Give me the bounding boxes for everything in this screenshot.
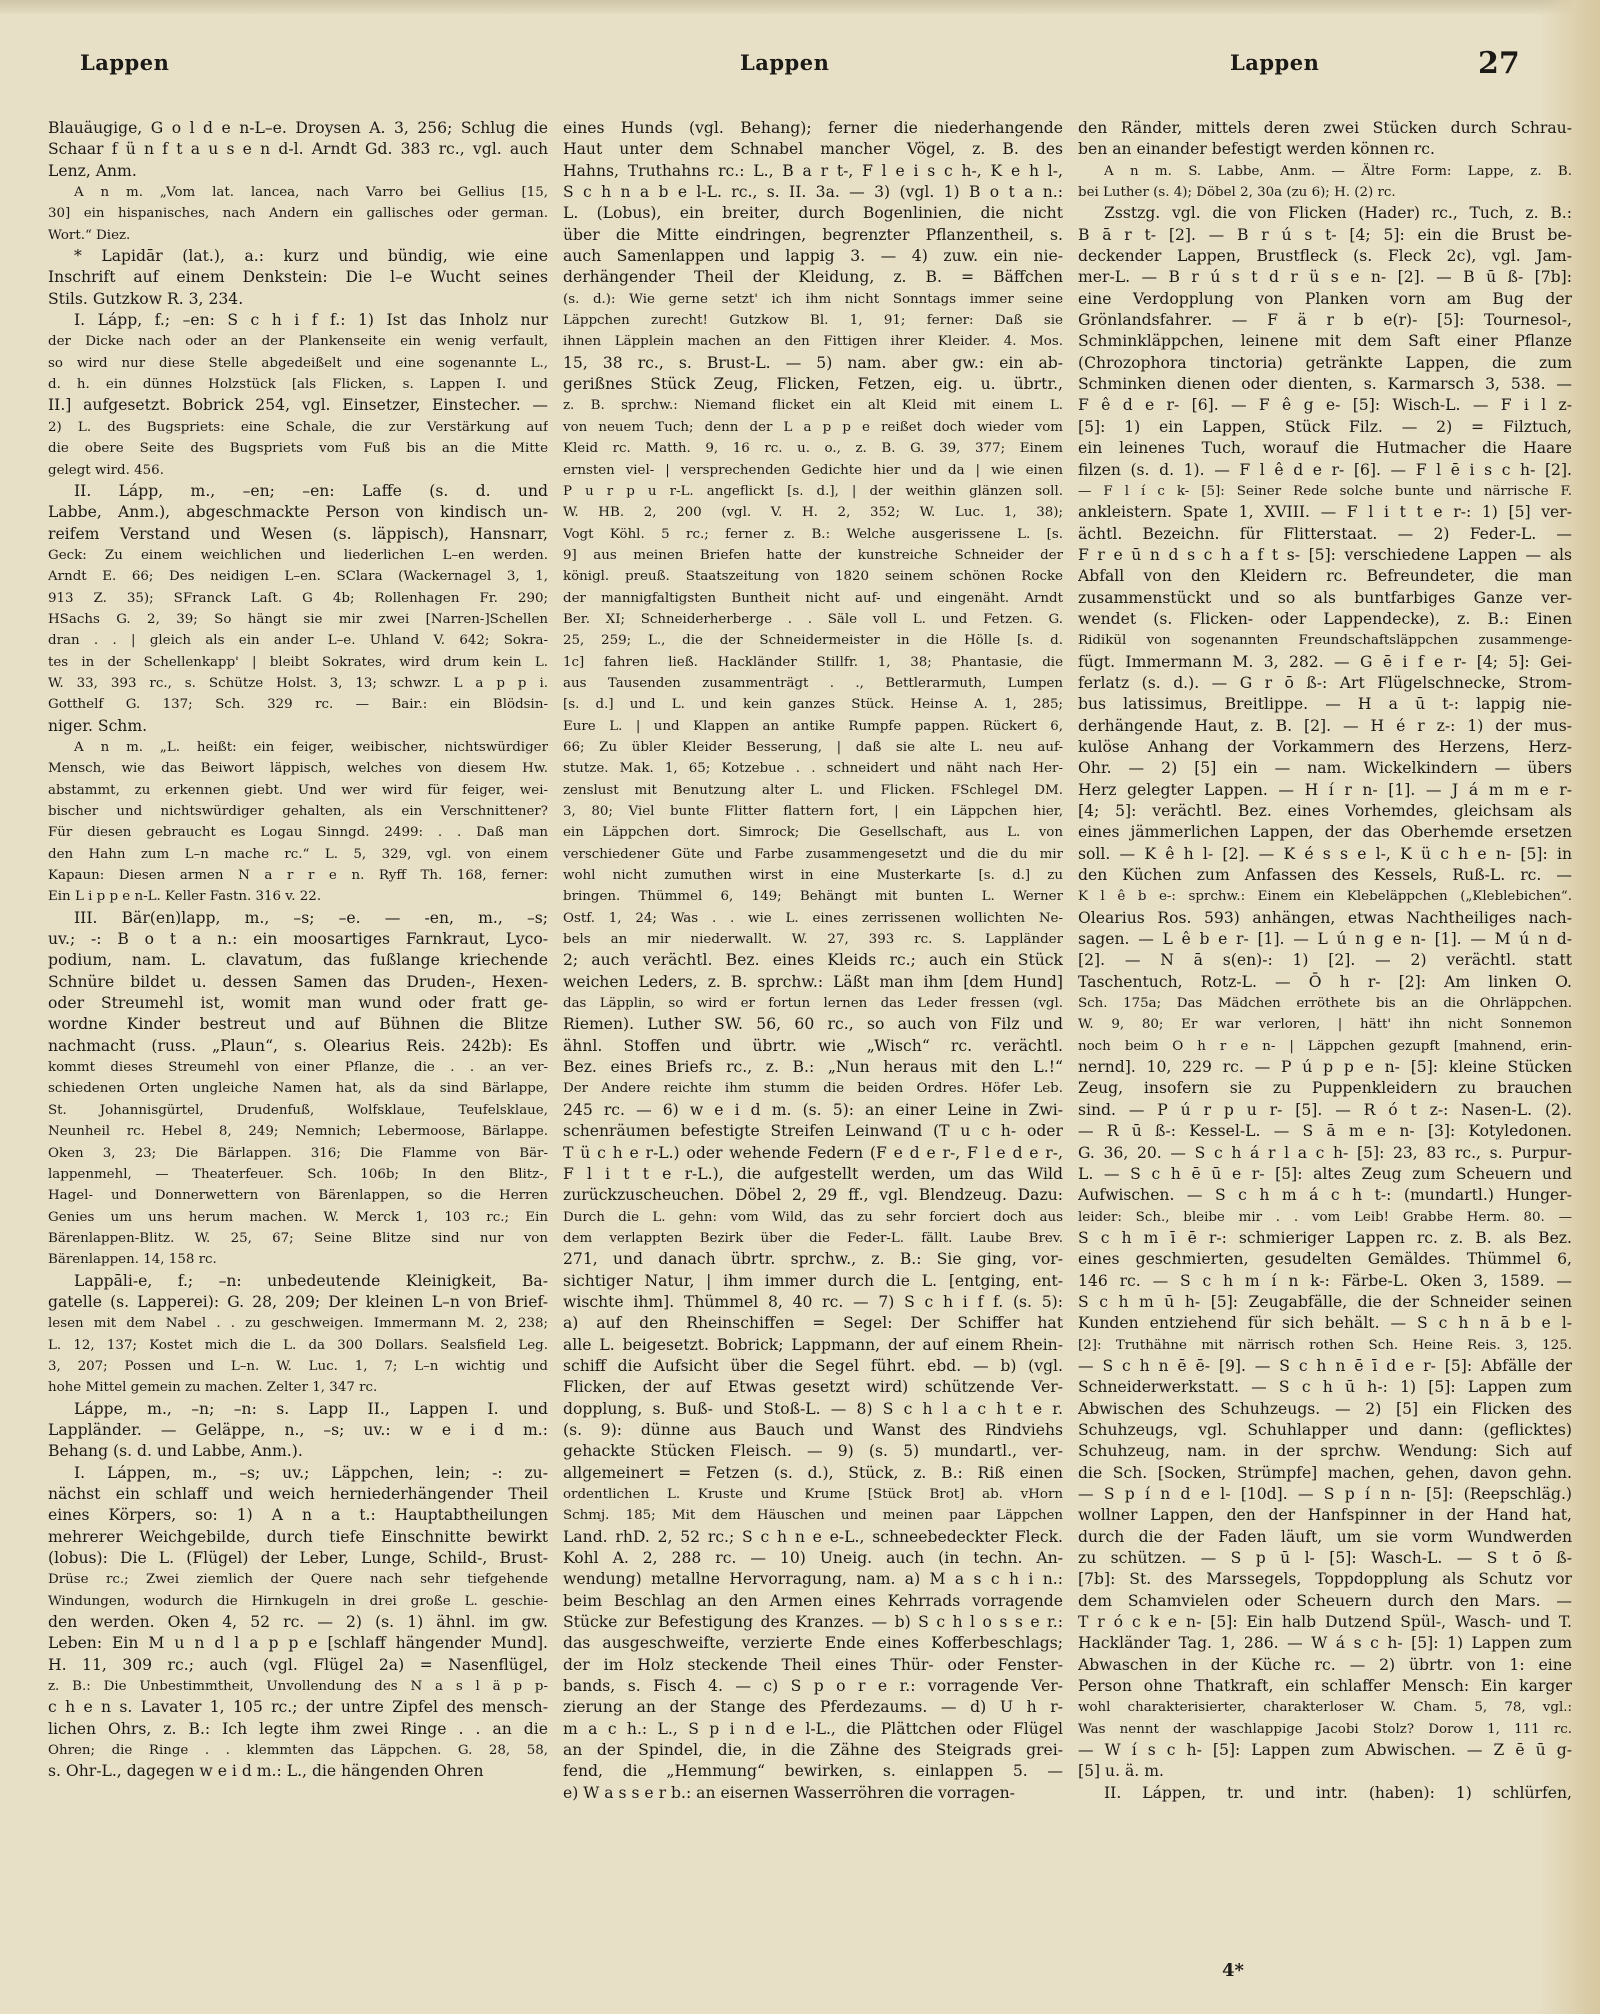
text-line: Láppe, m., –n; –n: s. Lapp II., Lappen I… <box>48 1399 548 1420</box>
text-line: Kleid rc. Matth. 9, 16 rc. u. o., z. B. … <box>563 438 1063 459</box>
text-line: leider: Sch., bleibe mir . . vom Leib! G… <box>1078 1207 1572 1228</box>
text-line: das Läpplin, so wird er fortun lernen da… <box>563 993 1063 1014</box>
text-line: derhängende Haut, z. B. [2]. — H é r z-:… <box>1078 716 1572 737</box>
text-line: mer-L. — B r ú s t d r ü s e n- [2]. — B… <box>1078 267 1572 288</box>
text-line: nachmacht (russ. „Plaun“, s. Olearius Re… <box>48 1036 548 1057</box>
text-line: den Ränder, mittels deren zwei Stücken d… <box>1078 118 1572 139</box>
text-line: Der Andere reichte ihm stumm die beiden … <box>563 1078 1063 1099</box>
text-line: — F l í c k- [5]: Seiner Rede solche bun… <box>1078 481 1572 502</box>
text-line: zenslust mit Benutzung alter L. und Flic… <box>563 780 1063 801</box>
text-line: e) W a s s e r b.: an eisernen Wasserröh… <box>563 1783 1063 1804</box>
text-line: wohl nicht zumuthen wirst in eine Muster… <box>563 865 1063 886</box>
text-line: nernd]. 10, 229 rc. — P ú p p e n- [5]: … <box>1078 1057 1572 1078</box>
text-line: 15, 38 rc., s. Brust-L. — 5) nam. aber g… <box>563 353 1063 374</box>
text-line: gelegt wird. 456. <box>48 460 548 481</box>
text-line: weichen Leders, z. B. sprchw.: Läßt man … <box>563 972 1063 993</box>
text-line: Vogt Köhl. 5 rc.; ferner z. B.: Welche a… <box>563 524 1063 545</box>
text-line: den Küchen zum Anfassen des Kessels, Ruß… <box>1078 865 1572 886</box>
text-line: dran . . | gleich als ein ander L–e. Uhl… <box>48 630 548 651</box>
text-line: der mannigfaltigsten Buntheit nicht auf-… <box>563 588 1063 609</box>
text-line: zierung an der Stange des Pferdezaums. —… <box>563 1697 1063 1718</box>
running-head-right: Lappen <box>1230 50 1319 75</box>
text-line: die obere Seite des Bugspriets vom Fuß b… <box>48 438 548 459</box>
text-line: Ber. XI; Schneiderherberge . . Säle voll… <box>563 609 1063 630</box>
text-line: a) auf den Rheinschiffen = Segel: Der Sc… <box>563 1313 1063 1334</box>
text-line: 245 rc. — 6) w e i d m. (s. 5): an einer… <box>563 1100 1063 1121</box>
text-line: der im Holz steckende Theil eines Thür- … <box>563 1655 1063 1676</box>
text-line: stutze. Mak. 1, 65; Kotzebue . . schneid… <box>563 758 1063 779</box>
text-line: L. — S c h ē ū e r- [5]: altes Zeug zum … <box>1078 1164 1572 1185</box>
text-line: Wort.“ Diez. <box>48 225 548 246</box>
text-line: Riemen). Luther SW. 56, 60 rc., so auch … <box>563 1014 1063 1035</box>
text-line: abstammt, zu erkennen giebt. Und wer wir… <box>48 780 548 801</box>
running-head-center: Lappen <box>740 50 829 75</box>
text-line: m a c h.: L., S p i n d e l-L., die Plät… <box>563 1719 1063 1740</box>
text-line: oder Streumehl ist, womit man wund oder … <box>48 993 548 1014</box>
text-line: — W í s c h- [5]: Lappen zum Abwischen. … <box>1078 1740 1572 1761</box>
text-line: das ausgeschweifte, verzierte Ende eines… <box>563 1633 1063 1654</box>
text-line: Abwaschen in der Küche rc. — 2) übrtr. v… <box>1078 1655 1572 1676</box>
text-line: Mensch, wie das Beiwort läppisch, welche… <box>48 758 548 779</box>
text-line: eines geschmierten, gesudelten Gemäldes.… <box>1078 1249 1572 1270</box>
text-line: [2]. — N ā s(en)-: 1) [2]. — 2) verächtl… <box>1078 950 1572 971</box>
text-line: wischte ihm]. Thümmel 8, 40 rc. — 7) S c… <box>563 1292 1063 1313</box>
text-line: Taschentuch, Rotz-L. — Ō h r- [2]: Am li… <box>1078 972 1572 993</box>
text-line: S c h m ī ē r-: schmieriger Lappen rc. z… <box>1078 1228 1572 1249</box>
text-line: St. Johannisgürtel, Drudenfuß, Wolfsklau… <box>48 1100 548 1121</box>
text-line: H. 11, 309 rc.; auch (vgl. Flügel 2a) = … <box>48 1655 548 1676</box>
text-line: königl. preuß. Staatszeitung von 1820 se… <box>563 566 1063 587</box>
text-line: Ostf. 1, 24; Was . . wie L. eines zerris… <box>563 908 1063 929</box>
text-line: I. Láppen, m., –s; uv.; Läppchen, lein; … <box>48 1463 548 1484</box>
text-line: ein leinenes Tuch, worauf die Hutmacher … <box>1078 438 1572 459</box>
text-line: fügt. Immermann M. 3, 282. — G ē i f e r… <box>1078 652 1572 673</box>
text-line: — S c h n ē ē- [9]. — S c h n ē ī d e r-… <box>1078 1356 1572 1377</box>
text-line: S c h n a b e l-L. rc., s. II. 3a. — 3) … <box>563 182 1063 203</box>
text-line: [2]: Truthähne mit närrisch rothen Sch. … <box>1078 1335 1572 1356</box>
text-line: Sch. 175a; Das Mädchen erröthete bis an … <box>1078 993 1572 1014</box>
text-line: [7b]: St. des Marssegels, Toppdopplung a… <box>1078 1569 1572 1590</box>
text-line: Leben: Ein M u n d l a p p e [schlaff hä… <box>48 1633 548 1654</box>
text-line: ein Läppchen dort. Simrock; Die Gesellsc… <box>563 822 1063 843</box>
text-line: Haut unter dem Schnabel mancher Vögel, z… <box>563 139 1063 160</box>
text-line: ächtl. Bezeichn. für Flitterstaat. — 2) … <box>1078 524 1572 545</box>
text-line: bischer und nichtswürdiger gehalten, als… <box>48 801 548 822</box>
text-line: Läppchen zurecht! Gutzkow Bl. 1, 91; fer… <box>563 310 1063 331</box>
text-line: den werden. Oken 4, 52 rc. — 2) (s. 1) ä… <box>48 1612 548 1633</box>
text-line: 66; Zu übler Kleider Besserung, | daß si… <box>563 737 1063 758</box>
text-line: bels an mir niederwallt. W. 27, 393 rc. … <box>563 929 1063 950</box>
text-line: Schminken dienen oder dienten, s. Karmar… <box>1078 374 1572 395</box>
text-line: Ridikül von sogenannten Freundschaftsläp… <box>1078 630 1572 651</box>
page-top-edge <box>0 0 1600 14</box>
text-line: K l ê b e-: sprchw.: Einem ein Klebeläpp… <box>1078 886 1572 907</box>
text-column-3: den Ränder, mittels deren zwei Stücken d… <box>1078 118 1572 1804</box>
text-line: P u r p u r-L. angeflickt [s. d.], | der… <box>563 481 1063 502</box>
text-line: tes in der Schellenkapp' | bleibt Sokrat… <box>48 652 548 673</box>
text-line: Drüse rc.; Zwei ziemlich der Quere nach … <box>48 1569 548 1590</box>
text-line: den Hahn zum L–n mache rc.“ L. 5, 329, v… <box>48 844 548 865</box>
text-line: 271, und danach übrtr. sprchw., z. B.: S… <box>563 1249 1063 1270</box>
text-line: kulöse Anhang der Vorkammern des Herzens… <box>1078 737 1572 758</box>
text-line: 146 rc. — S c h m í n k-: Färbe-L. Oken … <box>1078 1271 1572 1292</box>
text-line: noch beim O h r e n- | Läppchen gezupft … <box>1078 1036 1572 1057</box>
text-line: Bärenlappen-Blitz. W. 25, 67; Seine Blit… <box>48 1228 548 1249</box>
text-line: S c h m ū h- [5]: Zeugabfälle, die der S… <box>1078 1292 1572 1313</box>
text-line: lappenmehl, — Theaterfeuer. Sch. 106b; I… <box>48 1164 548 1185</box>
text-line: dem Schamvielen oder Scheuern durch den … <box>1078 1591 1572 1612</box>
text-line: zusammenstückt und so als buntfarbiges G… <box>1078 588 1572 609</box>
text-line: derhängender Theil der Kleidung, z. B. =… <box>563 267 1063 288</box>
text-line: Arndt E. 66; Des neidigen L–en. SClara (… <box>48 566 548 587</box>
text-line: Stils. Gutzkow R. 3, 234. <box>48 289 548 310</box>
text-line: II. Láppen, tr. und intr. (haben): 1) sc… <box>1078 1783 1572 1804</box>
text-line: W. HB. 2, 200 (vgl. V. H. 2, 352; W. Luc… <box>563 502 1063 523</box>
text-line: Neunheil rc. Hebel 8, 249; Nemnich; Lebe… <box>48 1121 548 1142</box>
text-line: Kapaun: Diesen armen N a r r e n. Ryff T… <box>48 865 548 886</box>
text-column-2: eines Hunds (vgl. Behang); ferner die ni… <box>563 118 1063 1804</box>
text-line: Schnüre bildet u. dessen Samen das Drude… <box>48 972 548 993</box>
text-line: eines Hunds (vgl. Behang); ferner die ni… <box>563 118 1063 139</box>
text-line: [5]: 1) ein Lappen, Stück Filz. — 2) = F… <box>1078 417 1572 438</box>
text-line: Genies um uns herum machen. W. Merck 1, … <box>48 1207 548 1228</box>
text-line: Durch die L. gehn: vom Wild, das zu sehr… <box>563 1207 1063 1228</box>
text-line: T ü c h e r-L.) oder wehende Federn (F e… <box>563 1143 1063 1164</box>
text-line: niger. Schm. <box>48 716 548 737</box>
text-line: [s. d.] und L. und kein ganzes Stück. He… <box>563 694 1063 715</box>
text-line: ähnl. Stoffen und übrtr. wie „Wisch“ rc.… <box>563 1036 1063 1057</box>
text-line: Ohren; die Ringe . . klemmten das Läppch… <box>48 1740 548 1761</box>
text-line: verschiedener Güte und Farbe zusammenges… <box>563 844 1063 865</box>
text-line: Gotthelf G. 137; Sch. 329 rc. — Bair.: e… <box>48 694 548 715</box>
text-line: Lenz, Anm. <box>48 161 548 182</box>
text-line: 2; auch verächtl. Bez. eines Kleids rc.;… <box>563 950 1063 971</box>
text-line: wendung) metallne Hervorragung, nam. a) … <box>563 1569 1063 1590</box>
text-line: Schminkläppchen, leinene mit dem Saft ei… <box>1078 331 1572 352</box>
text-column-1: Blauäugige, G o l d e n-L–e. Droysen A. … <box>48 118 548 1783</box>
text-line: — S p í n d e l- [10d]. — S p í n n- [5]… <box>1078 1484 1572 1505</box>
text-line: sagen. — L ê b e r- [1]. — L ú n g e n- … <box>1078 929 1572 950</box>
text-line: lichen Ohrs, z. B.: Ich legte ihm zwei R… <box>48 1719 548 1740</box>
text-line: eines Körpers, so: 1) A n a t.: Hauptabt… <box>48 1505 548 1526</box>
text-line: Eure L. | und Klappen an antike Rumpfe p… <box>563 716 1063 737</box>
text-line: wordne Kinder bestreut und auf Bühnen di… <box>48 1014 548 1035</box>
text-line: A n m. „L. heißt: ein feiger, weibischer… <box>48 737 548 758</box>
text-line: Schuhzeug, nam. in der sprchw. Wendung: … <box>1078 1441 1572 1462</box>
text-line: gerißnes Stück Zeug, Flicken, Fetzen, ei… <box>563 374 1063 395</box>
text-line: Herz gelegter Lappen. — H í r n- [1]. — … <box>1078 780 1572 801</box>
text-line: an der Spindel, die, in die Zähne des St… <box>563 1740 1063 1761</box>
text-line: Behang (s. d. und Labbe, Anm.). <box>48 1441 548 1462</box>
text-line: reifem Verstand und Wesen (s. läppisch),… <box>48 524 548 545</box>
text-line: T r ó c k e n- [5]: Ein halb Dutzend Spü… <box>1078 1612 1572 1633</box>
text-line: Ohr. — 2) [5] ein — nam. Wickelkindern —… <box>1078 758 1572 779</box>
page-number: 27 <box>1478 46 1520 81</box>
signature-mark: 4* <box>1222 1960 1244 1981</box>
text-line: schiedenen Orten ungleiche Namen hat, al… <box>48 1078 548 1099</box>
text-line: 3, 80; Viel bunte Flitter flattern fort,… <box>563 801 1063 822</box>
text-line: zu schützen. — S p ū l- [5]: Wasch-L. — … <box>1078 1548 1572 1569</box>
text-line: Geck: Zu einem weichlichen und liederlic… <box>48 545 548 566</box>
text-line: [4; 5]: verächtl. Bez. eines Vorhemdes, … <box>1078 801 1572 822</box>
text-line: Oken 3, 23; Die Bärlappen. 316; Die Flam… <box>48 1143 548 1164</box>
text-line: * Lapidār (lat.), a.: kurz und bündig, w… <box>48 246 548 267</box>
text-line: (Chrozophora tinctoria) getränkte Lappen… <box>1078 353 1572 374</box>
text-line: Abwischen des Schuhzeugs. — 2) [5] ein F… <box>1078 1399 1572 1420</box>
text-line: eine Verdopplung von Planken vorn am Bug… <box>1078 289 1572 310</box>
text-line: nächst ein schlaff und weich herniederhä… <box>48 1484 548 1505</box>
text-line: hohe Mittel gemein zu machen. Zelter 1, … <box>48 1377 548 1398</box>
text-line: Zsstzg. vgl. die von Flicken (Hader) rc.… <box>1078 203 1572 224</box>
text-line: wendet (s. Flicken- oder Lappendecke), z… <box>1078 609 1572 630</box>
text-line: wollner Lappen, den der Hanfspinner in d… <box>1078 1505 1572 1526</box>
text-line: allgemeinert = Fetzen (s. d.), Stück, z.… <box>563 1463 1063 1484</box>
text-line: Schuhzeugs, vgl. Schuhlapper und dann: (… <box>1078 1420 1572 1441</box>
text-line: Hagel- und Donnerwettern von Bärenlappen… <box>48 1185 548 1206</box>
text-line: Bez. eines Briefs rc., z. B.: „Nun herau… <box>563 1057 1063 1078</box>
text-line: L. (Lobus), ein breiter, durch Bogenlini… <box>563 203 1063 224</box>
text-line: die Sch. [Socken, Strümpfe] machen, gehe… <box>1078 1463 1572 1484</box>
text-line: zurückzuscheuchen. Döbel 2, 29 ff., vgl.… <box>563 1185 1063 1206</box>
text-line: wohl charakterisierter, charakterloser W… <box>1078 1697 1572 1718</box>
text-line: Schaar f ü n f t a u s e n d-l. Arndt Gd… <box>48 139 548 160</box>
text-line: Bärenlappen. 14, 158 rc. <box>48 1249 548 1270</box>
text-line: auch Samenlappen und lappig 3. — 4) zuw.… <box>563 246 1063 267</box>
text-line: L. 12, 137; Kostet mich die L. da 300 Do… <box>48 1335 548 1356</box>
text-line: Schneiderwerkstatt. — S c h ū h-: 1) [5]… <box>1078 1377 1572 1398</box>
text-line: Windungen, wodurch die Hirnkugeln in dre… <box>48 1591 548 1612</box>
text-line: 1c] fahren ließ. Hackländer Stillfr. 1, … <box>563 652 1063 673</box>
text-line: Abfall von den Kleidern rc. Befreundeter… <box>1078 566 1572 587</box>
text-line: Lappāli-e, f.; –n: unbedeutende Kleinigk… <box>48 1271 548 1292</box>
text-line: gehackte Stücken Fleisch. — 9) (s. 5) mu… <box>563 1441 1063 1462</box>
text-line: schiff die Aufsicht über die Segel führt… <box>563 1356 1063 1377</box>
text-line: ordentlichen L. Kruste und Krume [Stück … <box>563 1484 1063 1505</box>
text-line: deckender Lappen, Brustfleck (s. Fleck 2… <box>1078 246 1572 267</box>
text-line: ihnen Läpplein machen an den Fittigen ih… <box>563 331 1063 352</box>
text-line: III. Bär(en)lapp, m., –s; –e. — -en, m.,… <box>48 908 548 929</box>
text-line: Olearius Ros. 593) anhängen, etwas Nacht… <box>1078 908 1572 929</box>
text-line: aus Tausenden zusammenträgt . ., Bettler… <box>563 673 1063 694</box>
text-line: so wird nur diese Stelle abgedeißelt und… <box>48 353 548 374</box>
text-line: Inschrift auf einem Denkstein: Die l–e W… <box>48 267 548 288</box>
text-line: fend, die „Hemmung“ bewirken, s. einlapp… <box>563 1761 1063 1782</box>
text-line: dopplung, s. Buß- und Stoß-L. — 8) S c h… <box>563 1399 1063 1420</box>
running-header: Lappen Lappen Lappen 27 <box>0 44 1600 84</box>
text-line: Schmj. 185; Mit dem Häuschen und meinen … <box>563 1505 1063 1526</box>
text-line: 913 Z. 35); SFranck Laſt. G 4b; Rollenha… <box>48 588 548 609</box>
text-line: über die Mitte eindringen, begrenzter Pf… <box>563 225 1063 246</box>
text-line: 2) L. des Bugspriets: eine Schale, die z… <box>48 417 548 438</box>
text-line: filzen (s. d. 1). — F l ê d e r- [6]. — … <box>1078 460 1572 481</box>
text-line: kommt dieses Streumehl von einer Pflanze… <box>48 1057 548 1078</box>
text-line: ferlatz (s. d.). — G r ō ß-: Art Flügels… <box>1078 673 1572 694</box>
text-line: 3, 207; Possen und L–n. W. Luc. 1, 7; L–… <box>48 1356 548 1377</box>
text-line: dem verlappten Bezirk über die Feder-L. … <box>563 1228 1063 1249</box>
text-line: von neuem Tuch; denn der L a p p e reiße… <box>563 417 1063 438</box>
text-line: Person ohne Thatkraft, ein schlaffer Men… <box>1078 1676 1572 1697</box>
text-line: Für diesen gebraucht es Logau Sinngd. 24… <box>48 822 548 843</box>
text-line: (lobus): Die L. (Flügel) der Leber, Lung… <box>48 1548 548 1569</box>
text-line: Lappländer. — Geläppe, n., –s; uv.: w e … <box>48 1420 548 1441</box>
text-line: z. B. sprchw.: Niemand flicket ein alt K… <box>563 395 1063 416</box>
text-line: W. 9, 80; Er war verloren, | hätt' ihn n… <box>1078 1014 1572 1035</box>
text-line: ernsten viel- | versprechenden Gedichte … <box>563 460 1063 481</box>
text-line: podium, nam. L. clavatum, das fußlange k… <box>48 950 548 971</box>
text-line: Ein L i p p e n-L. Keller Fastn. 316 v. … <box>48 886 548 907</box>
text-line: uv.; -: B o t a n.: ein moosartiges Farn… <box>48 929 548 950</box>
text-line: Kohl A. 2, 288 rc. — 10) Uneig. auch (in… <box>563 1548 1063 1569</box>
text-line: II. Lápp, m., –en; –en: Laffe (s. d. und <box>48 481 548 502</box>
text-line: Flicken, der auf Etwas gesetzt wird) sch… <box>563 1377 1063 1398</box>
text-line: F ê d e r- [6]. — F ê g e- [5]: Wisch-L.… <box>1078 395 1572 416</box>
text-line: W. 33, 393 rc., s. Schütze Holst. 3, 13;… <box>48 673 548 694</box>
text-line: (s. 9): dünne aus Bauch und Wanst des Ri… <box>563 1420 1063 1441</box>
text-line: bringen. Thümmel 6, 149; Behängt mit bun… <box>563 886 1063 907</box>
text-line: Land. rhD. 2, 52 rc.; S c h n e e-L., sc… <box>563 1527 1063 1548</box>
text-line: bands, s. Fisch 4. — c) S p o r e r.: vo… <box>563 1676 1063 1697</box>
running-head-left: Lappen <box>80 50 169 75</box>
text-line: 30] ein hispanisches, nach Andern ein ga… <box>48 203 548 224</box>
text-line: Stücke zur Befestigung des Kranzes. — b)… <box>563 1612 1063 1633</box>
text-line: bei Luther (s. 4); Döbel 2, 30a (zu 6); … <box>1078 182 1572 203</box>
text-line: Was nennt der waschlappige Jacobi Stolz?… <box>1078 1719 1572 1740</box>
text-line: ankleistern. Spate 1, XVIII. — F l i t t… <box>1078 502 1572 523</box>
text-line: Aufwischen. — S c h m á c h t-: (mundart… <box>1078 1185 1572 1206</box>
text-line: — R ū ß-: Kessel-L. — S ā m e n- [3]: Ko… <box>1078 1121 1572 1142</box>
text-line: c h e n s. Lavater 1, 105 rc.; der untre… <box>48 1697 548 1718</box>
text-line: A n m. S. Labbe, Anm. — Ältre Form: Lapp… <box>1078 161 1572 182</box>
text-line: Blauäugige, G o l d e n-L–e. Droysen A. … <box>48 118 548 139</box>
text-line: [5] u. ä. m. <box>1078 1761 1572 1782</box>
text-line: mehrerer Weichgebilde, durch tiefe Einsc… <box>48 1527 548 1548</box>
text-line: Hahns, Truthahns rc.: L., B a r t-, F l … <box>563 161 1063 182</box>
text-line: eines jämmerlichen Lappen, der das Oberh… <box>1078 822 1572 843</box>
text-line: schenräumen befestigte Streifen Leinwand… <box>563 1121 1063 1142</box>
text-line: s. Ohr-L., dagegen w e i d m.: L., die h… <box>48 1761 548 1782</box>
text-line: F r e ū n d s c h a f t s- [5]: verschie… <box>1078 545 1572 566</box>
text-line: d. h. ein dünnes Holzstück [als Flicken,… <box>48 374 548 395</box>
text-line: 25, 259; L., die der Schneidermeister in… <box>563 630 1063 651</box>
text-line: Kunden entziehend für sich behält. — S c… <box>1078 1313 1572 1334</box>
text-line: lesen mit dem Nabel . . zu geschweigen. … <box>48 1313 548 1334</box>
text-line: sind. — P ú r p u r- [5]. — R ó t z-: Na… <box>1078 1100 1572 1121</box>
text-line: Grönlandsfahrer. — F ä r b e(r)- [5]: To… <box>1078 310 1572 331</box>
text-line: Labbe, Anm.), abgeschmackte Person von k… <box>48 502 548 523</box>
text-line: Zeug, insofern sie zu Puppenkleidern zu … <box>1078 1078 1572 1099</box>
text-line: beim Beschlag an den Armen eines Kehrrad… <box>563 1591 1063 1612</box>
text-line: alle L. beigesetzt. Bobrick; Lappmann, d… <box>563 1335 1063 1356</box>
text-line: durch die der Faden läuft, um sie vorm W… <box>1078 1527 1572 1548</box>
text-line: ben an einander befestigt werden können … <box>1078 139 1572 160</box>
text-line: sichtiger Natur, | ihm immer durch die L… <box>563 1271 1063 1292</box>
text-line: G. 36, 20. — S c h á r l a c h- [5]: 23,… <box>1078 1143 1572 1164</box>
text-line: I. Lápp, f.; –en: S c h i f f.: 1) Ist d… <box>48 310 548 331</box>
text-line: B ā r t- [2]. — B r ú s t- [4; 5]: ein d… <box>1078 225 1572 246</box>
text-line: HSachs G. 2, 39; So hängt sie mir zwei [… <box>48 609 548 630</box>
text-line: 9] aus meinen Briefen hatte der kunstrei… <box>563 545 1063 566</box>
text-line: bus latissimus, Breitlippe. — H a ū t-: … <box>1078 694 1572 715</box>
text-line: A n m. „Vom lat. lancea, nach Varro bei … <box>48 182 548 203</box>
text-line: II.] aufgesetzt. Bobrick 254, vgl. Einse… <box>48 395 548 416</box>
text-line: F l i t t e r-L.), die aufgestellt werde… <box>563 1164 1063 1185</box>
text-line: z. B.: Die Unbestimmtheit, Unvollendung … <box>48 1676 548 1697</box>
text-line: soll. — K ê h l- [2]. — K é s s e l-, K … <box>1078 844 1572 865</box>
text-line: (s. d.): Wie gerne setzt' ich ihm nicht … <box>563 289 1063 310</box>
text-line: der Dicke nach oder an der Plankenseite … <box>48 331 548 352</box>
text-line: gatelle (s. Lapperei): G. 28, 209; Der k… <box>48 1292 548 1313</box>
text-line: Hackländer Tag. 1, 286. — W á s c h- [5]… <box>1078 1633 1572 1654</box>
